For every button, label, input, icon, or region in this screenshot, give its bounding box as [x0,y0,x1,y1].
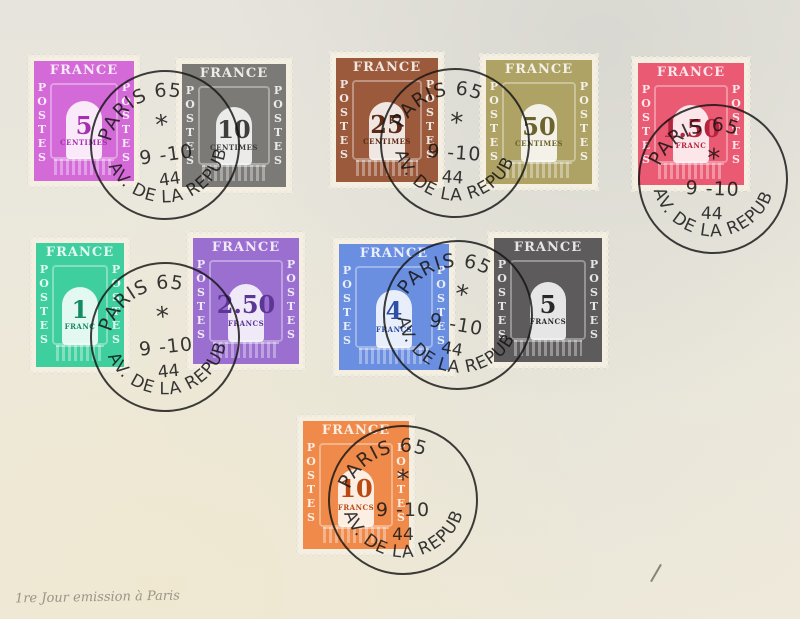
postmark-date: 9 -10 [330,499,476,521]
postmark: PARIS 65 AV. DE LA REPUBLIQUE * 9 -10 44 [635,101,790,256]
postmark: PARIS 65 AV. DE LA REPUBLIQUE * 9 -10 44 [371,228,545,402]
stamp-country: FRANCE [193,240,299,255]
envelope: FRANCE POSTES POSTES 5 CENTIMES FRANCE P… [0,0,800,619]
postmark-year: 44 [330,525,476,545]
postmark: PARIS 65 AV. DE LA REPUBLIQUE * 9 -10 44 [83,255,248,420]
postmark: PARIS 65 AV. DE LA REPUBLIQUE * 9 -10 44 [80,60,249,229]
stamp-country: FRANCE [36,245,124,260]
postmark-star: * [330,465,476,495]
handwritten-note: 1re Jour emission à Paris [15,589,180,607]
postmark: PARIS 65 AV. DE LA REPUBLIQUE * 9 -10 44 [375,63,535,223]
pen-mark [650,564,662,582]
postmark-star: * [640,141,787,176]
stamp-country: FRANCE [638,65,744,80]
postmark: PARIS 65 AV. DE LA REPUBLIQUE * 9 -10 44 [328,425,478,575]
